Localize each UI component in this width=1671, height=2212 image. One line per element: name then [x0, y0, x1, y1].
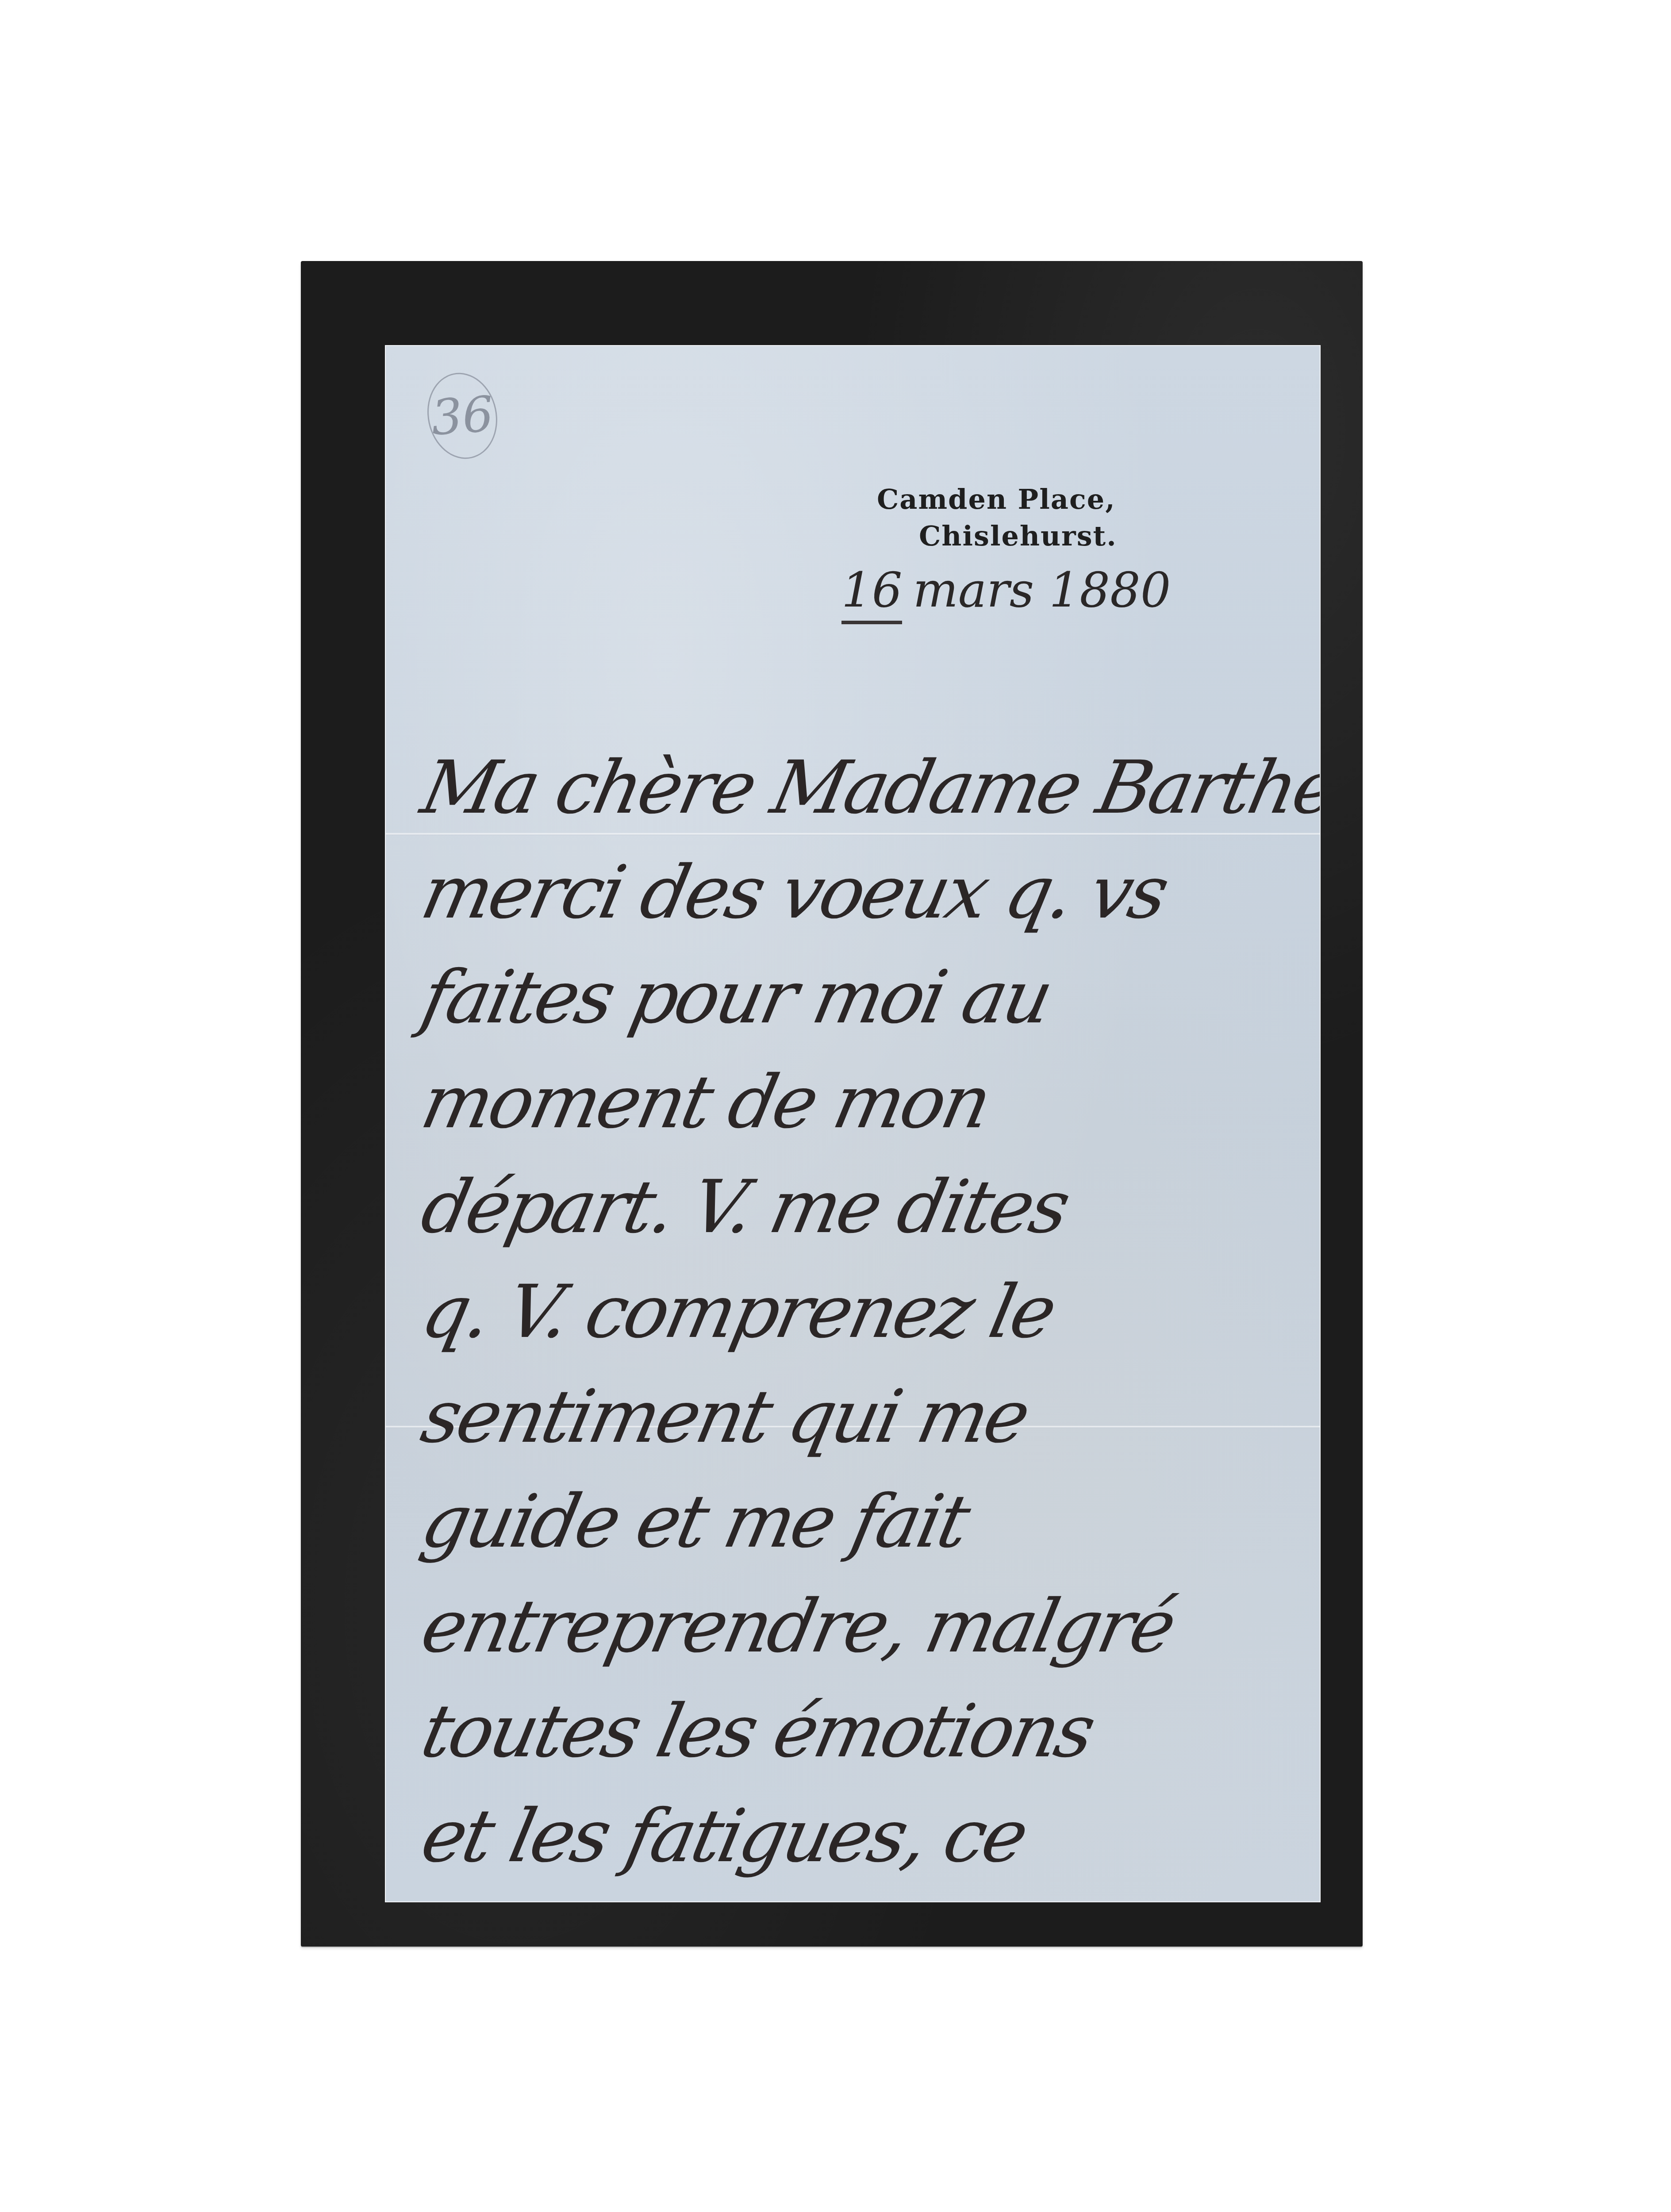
body-line: merci des voeux q. vs	[412, 840, 1321, 945]
letter-date: 16mars 1880	[841, 563, 1171, 624]
body-line: toutes les émotions	[412, 1679, 1321, 1784]
body-line: faites pour moi au	[412, 945, 1321, 1050]
date-day: 16	[841, 563, 902, 624]
date-month-year: mars 1880	[913, 563, 1171, 618]
body-line: q. V. comprenez le	[412, 1260, 1321, 1364]
letterhead: Camden Place, Chislehurst.	[877, 483, 1117, 552]
archive-number: 36	[430, 385, 496, 446]
body-line: sentiment qui me	[412, 1364, 1321, 1469]
body-line: guide et me fait	[412, 1469, 1321, 1574]
letter-paper: 36 Camden Place, Chislehurst. 16mars 188…	[385, 345, 1321, 1902]
letterhead-line-2: Chislehurst.	[919, 520, 1117, 552]
letter-sheet: 36 Camden Place, Chislehurst. 16mars 188…	[301, 261, 1363, 1947]
body-line: départ. V. me dites	[412, 1155, 1321, 1260]
body-line: moment de mon	[412, 1050, 1321, 1155]
letter-body: Ma chère Madame Barthez merci des voeux …	[412, 735, 1321, 1889]
body-line: et les fatigues, ce	[412, 1784, 1321, 1889]
letterhead-line-1: Camden Place,	[877, 483, 1117, 515]
body-line: Ma chère Madame Barthez	[412, 735, 1321, 840]
body-line: entreprendre, malgré	[412, 1574, 1321, 1679]
archive-number-circle: 36	[419, 366, 505, 465]
